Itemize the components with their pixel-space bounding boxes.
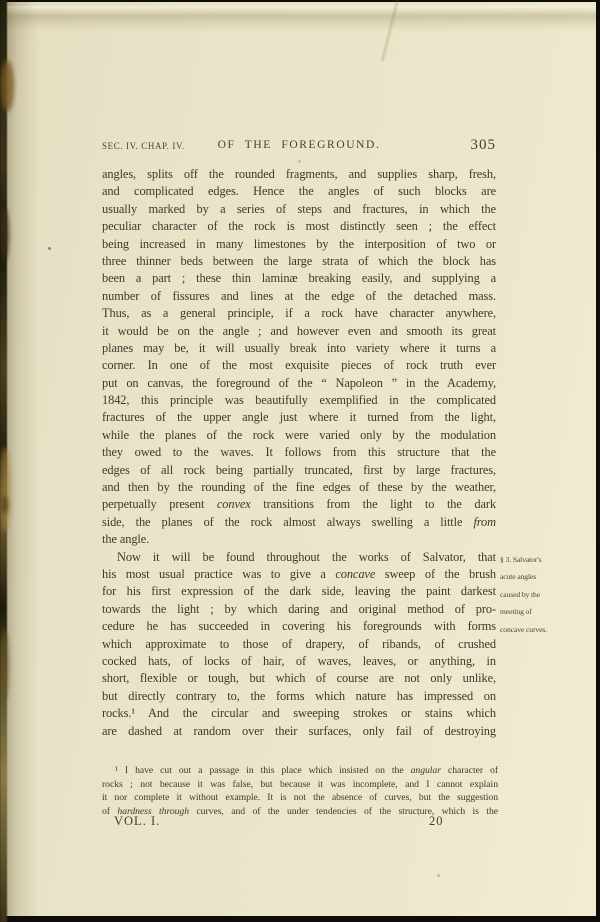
text-line: ¹ I have cut out a passage in this place… [102, 764, 498, 778]
scanned-book-page: SEC. IV. CHAP. IV. OF THE FOREGROUND. 30… [0, 0, 600, 922]
paper-crease [381, 0, 398, 61]
text-line: being increased in many limestones by th… [102, 236, 496, 253]
text-line: rocks ; not because it was false, but be… [102, 778, 498, 792]
text-line: short, flexible or tough, but which of c… [102, 670, 496, 687]
text-line: the angle. [102, 531, 496, 548]
text-line: 1842, this principle was beautifully exe… [102, 392, 496, 409]
text-line: peculiar character of the rock is most d… [102, 218, 496, 235]
text-line: but directly contrary to, the forms whic… [102, 688, 496, 705]
italic-text: from [473, 515, 496, 529]
text-line: side, the planes of the rock almost alwa… [102, 514, 496, 531]
text-line: while the planes of the rock were varied… [102, 427, 496, 444]
text-line: number of fissures and lines at the edge… [102, 288, 496, 305]
sidenote: § 3. Salvator'sacute anglescaused by the… [500, 551, 574, 638]
text-line: fractures of the upper angle just where … [102, 409, 496, 426]
text-line: § 3. Salvator's [500, 551, 574, 568]
text-line: Thus, as a general principle, if a rock … [102, 305, 496, 322]
text-line: it nor complete it without example. It i… [102, 791, 498, 805]
text-line: rocks.¹ And the circular and sweeping st… [102, 705, 496, 722]
body-text: angles, splits off the rounded fragments… [102, 166, 496, 740]
text-line: caused by the [500, 586, 574, 603]
text-line: his most usual practice was to give a co… [102, 566, 496, 583]
page-header: SEC. IV. CHAP. IV. OF THE FOREGROUND. 30… [102, 137, 496, 155]
text-line: concave curves. [500, 621, 574, 638]
text-line: acute angles [500, 568, 574, 585]
text-line: and then by the rounding of the fine edg… [102, 479, 496, 496]
text-line: for his first expression of the dark sid… [102, 583, 496, 600]
paper-speck [48, 247, 51, 250]
volume-label: VOL. I. [114, 814, 160, 829]
page-number: 305 [471, 137, 497, 154]
italic-text: convex [217, 497, 251, 511]
text-line: which approximate to those of drapery, o… [102, 636, 496, 653]
page-paper: SEC. IV. CHAP. IV. OF THE FOREGROUND. 30… [5, 2, 596, 916]
italic-text: angular [411, 765, 441, 776]
paragraph: Now it will be found throughout the work… [102, 549, 496, 740]
running-title: OF THE FOREGROUND. [102, 139, 496, 151]
page-footer: VOL. I. ' 20 [102, 814, 496, 830]
text-line: and complicated edges. Hence the angles … [102, 183, 496, 200]
text-line: angles, splits off the rounded fragments… [102, 166, 496, 183]
text-line: put on canvas, the foreground of the “ N… [102, 375, 496, 392]
paper-speck [437, 874, 440, 877]
text-line: planes may be, it will usually break int… [102, 340, 496, 357]
text-line: it would be on the angle ; and however e… [102, 323, 496, 340]
text-line: edges of all rock being partially trunca… [102, 462, 496, 479]
text-line: towards the light ; by which daring and … [102, 601, 496, 618]
text-line: cocked hats, of locks of hair, of waves,… [102, 653, 496, 670]
italic-text: concave [335, 567, 375, 581]
paragraph: angles, splits off the rounded fragments… [102, 166, 496, 549]
spine-edge [0, 0, 7, 922]
text-line: Now it will be found throughout the work… [102, 549, 496, 566]
text-line: they owed to the waves. It follows from … [102, 444, 496, 461]
footnote: ¹ I have cut out a passage in this place… [102, 764, 498, 818]
text-line: three thinner beds between the large str… [102, 253, 496, 270]
text-line: corner. In one of the most exquisite pie… [102, 357, 496, 374]
paper-speck [298, 160, 301, 163]
text-line: been a part ; these thin laminæ breaking… [102, 270, 496, 287]
ink-mark: ' [418, 812, 420, 822]
text-line: cedure he has succeeded in covering his … [102, 618, 496, 635]
text-line: are dashed at random over their surfaces… [102, 723, 496, 740]
text-line: usually marked by a series of steps and … [102, 201, 496, 218]
text-line: meeting of [500, 603, 574, 620]
signature-number: 20 [429, 814, 444, 829]
text-line: perpetually present convex transitions f… [102, 496, 496, 513]
